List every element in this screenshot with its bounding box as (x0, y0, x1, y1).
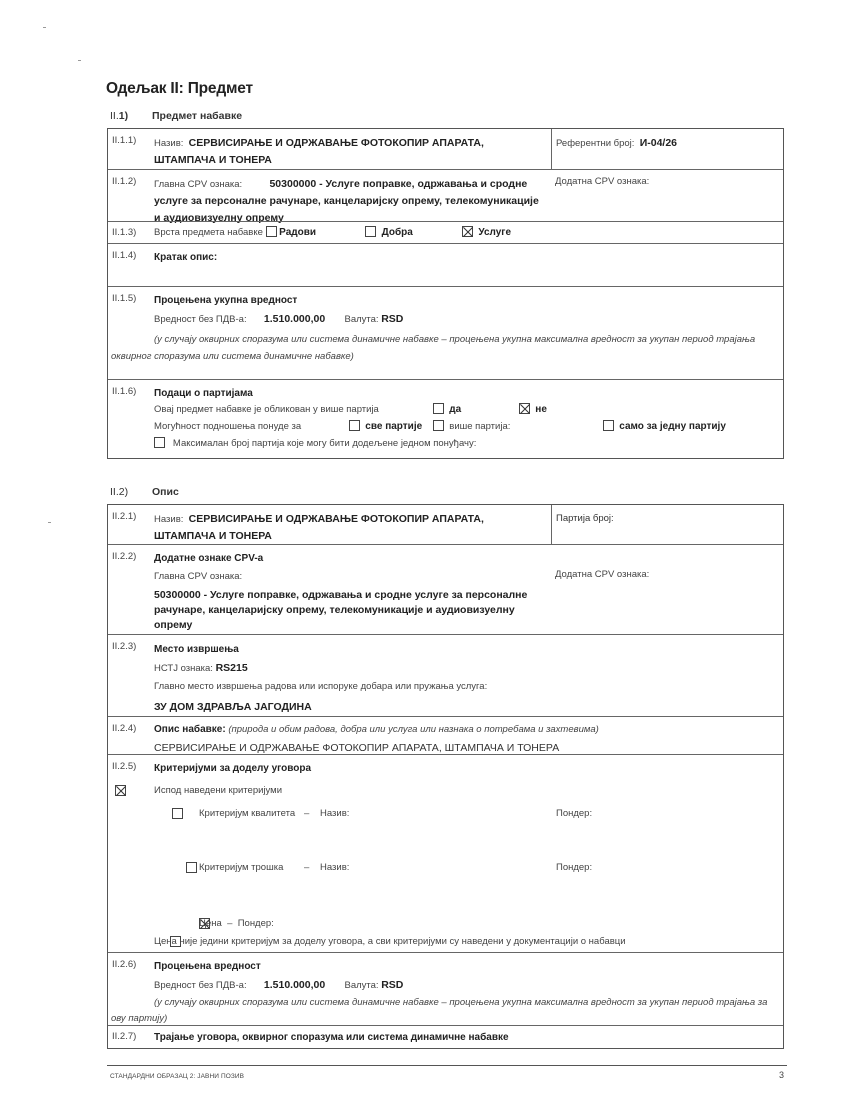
additional-cpv-title: Додатне ознаке CPV-а (154, 551, 547, 567)
footer-form-name: СТАНДАРДНИ ОБРАЗАЦ 2: ЈАВНИ ПОЗИВ (110, 1073, 244, 1080)
place-title: Место извршења (154, 641, 779, 659)
quality-criterion-checkbox[interactable] (172, 808, 183, 819)
services-checkbox[interactable] (462, 226, 473, 237)
currency-label: Валута: (344, 314, 378, 325)
services-label: Услуге (478, 227, 511, 238)
cost-name-label: Назив: (320, 862, 349, 873)
bid-options-label: Могућност подношења понуде за (154, 421, 301, 432)
lots-divided-row: Овај предмет набавке је обликован у више… (154, 402, 779, 419)
estimated-value-title: Процењена укупна вредност (154, 293, 779, 309)
lot-currency-label: Валута: (344, 980, 378, 991)
place-of-performance: Место извршења НСТЈ ознака: RS215 Главно… (154, 641, 779, 716)
all-lots-checkbox[interactable] (349, 420, 360, 431)
lots-title: Подаци о партијама (154, 386, 779, 402)
lots-yes-label: да (449, 404, 461, 415)
extra-cpv-label: Додатна CPV ознака: (555, 569, 649, 580)
lots-yes-checkbox[interactable] (433, 403, 444, 414)
duration: Трајање уговора, оквирног споразума или … (154, 1030, 779, 1046)
row-ii-1-2: II.1.2) Главна CPV ознака: 50300000 - Ус… (108, 169, 783, 221)
row-ii-2-4: II.2.4) Опис набавке: (природа и обим ра… (108, 716, 783, 754)
row-ii-2-6: II.2.6) Процењена вредност Вредност без … (108, 952, 783, 1025)
value-label: Вредност без ПДВ-а: (154, 314, 247, 325)
lot-estimated-value: Процењена вредност Вредност без ПДВ-а: 1… (154, 959, 779, 994)
lot-name-field: Назив: СЕРВИСИРАЊЕ И ОДРЖАВАЊЕ ФОТОКОПИР… (154, 511, 543, 545)
lots-no-label: не (535, 404, 547, 415)
lot-number-label: Партија број: (556, 511, 779, 527)
description-title: Опис набавке: (154, 724, 226, 735)
scan-speck (78, 60, 81, 61)
subsection-number: II.2) (110, 486, 128, 498)
subsection-header-ii2: II.2) Опис (110, 486, 410, 500)
row-number: II.1.5) (112, 293, 136, 304)
max-lots-checkbox[interactable] (154, 437, 165, 448)
scan-speck (43, 27, 46, 28)
row-ii-2-5: II.2.5) Критеријуми за доделу уговора Ис… (108, 754, 783, 952)
lot-value-amount: 1.510.000,00 (264, 979, 325, 991)
lots-divided-label: Овај предмет набавке је обликован у више… (154, 404, 379, 415)
lot-value-label: Вредност без ПДВ-а: (154, 980, 247, 991)
row-ii-1-6: II.1.6) Подаци о партијама Овај предмет … (108, 379, 783, 458)
all-lots-label: све партије (365, 421, 422, 432)
goods-checkbox[interactable] (365, 226, 376, 237)
table-subject: II.1.1) Назив: СЕРВИСИРАЊЕ И ОДРЖАВАЊЕ Ф… (107, 128, 784, 459)
row-number: II.2.7) (112, 1031, 136, 1042)
reference-cell: Референтни број: И-04/26 (551, 129, 783, 169)
lots-info: Подаци о партијама Овај предмет набавке … (154, 386, 779, 453)
page-number: 3 (779, 1070, 784, 1080)
row-number: II.1.2) (112, 176, 136, 187)
currency-value: RSD (381, 313, 403, 325)
procurement-type: Врста предмета набавке Радови Добра Услу… (154, 225, 779, 241)
row-number: II.1.3) (112, 227, 136, 238)
row-number: II.1.1) (112, 135, 136, 146)
quality-weight-label: Пондер: (556, 808, 592, 819)
name-label: Назив: (154, 138, 183, 149)
works-checkbox[interactable] (266, 226, 277, 237)
reference-field: Референтни број: И-04/26 (556, 135, 779, 152)
main-place-value: ЗУ ДОМ ЗДРАВЉА ЈАГОДИНА (154, 698, 779, 716)
lot-value-title: Процењена вредност (154, 959, 779, 975)
max-lots-label: Максималан број партија које могу бити д… (173, 438, 476, 449)
value-amount: 1.510.000,00 (264, 313, 325, 325)
footer-divider (107, 1065, 787, 1066)
award-criteria-title-wrap: Критеријуми за доделу уговора (154, 761, 779, 777)
main-cpv-value: 50300000 - Услуге поправке, одржавања и … (154, 588, 547, 633)
procurement-type-label: Врста предмета набавке (154, 227, 263, 238)
works-label: Радови (279, 227, 316, 238)
reference-value: И-04/26 (640, 137, 677, 149)
additional-cpv: Додатне ознаке CPV-а Главна CPV ознака: … (154, 551, 547, 633)
row-ii-1-4: II.1.4) Кратак опис: (108, 243, 783, 286)
row-number: II.2.6) (112, 959, 136, 970)
lot-number-cell: Партија број: (551, 505, 783, 544)
estimated-value: Процењена укупна вредност Вредност без П… (154, 293, 779, 328)
row-number: II.2.5) (112, 761, 136, 772)
description-hint: (природа и обим радова, добра или услуга… (228, 724, 599, 735)
reference-label: Референтни број: (556, 138, 634, 149)
table-description: II.2.1) Назив: СЕРВИСИРАЊЕ И ОДРЖАВАЊЕ Ф… (107, 504, 784, 1049)
price-label: Цена (199, 918, 222, 929)
procurement-description: Опис набавке: (природа и обим радова, до… (154, 721, 779, 757)
quality-name-label: Назив: (320, 808, 349, 819)
lot-currency-value: RSD (381, 979, 403, 991)
row-ii-2-7: II.2.7) Трајање уговора, оквирног спораз… (108, 1025, 783, 1048)
dash: – (227, 918, 232, 929)
cost-criterion-checkbox[interactable] (186, 862, 197, 873)
dash: – (304, 808, 309, 819)
row-ii-1-1: II.1.1) Назив: СЕРВИСИРАЊЕ И ОДРЖАВАЊЕ Ф… (108, 129, 783, 169)
row-ii-1-5: II.1.5) Процењена укупна вредност Вредно… (108, 286, 783, 379)
price-criterion: Цена – Пондер: (199, 918, 274, 929)
extra-cpv-label: Додатна CPV ознака: (555, 176, 649, 187)
subsection-header-ii1: II.1) Предмет набавке (110, 110, 410, 124)
subsection-number: II.1) (110, 110, 128, 122)
lots-no-checkbox[interactable] (519, 403, 530, 414)
subsection-label: Опис (152, 486, 179, 498)
subsection-label: Предмет набавке (152, 110, 242, 122)
lot-name-label: Назив: (154, 514, 183, 525)
cost-criterion-label: Критеријум трошка (199, 862, 283, 873)
row-number: II.2.2) (112, 551, 136, 562)
row-ii-2-1: II.2.1) Назив: СЕРВИСИРАЊЕ И ОДРЖАВАЊЕ Ф… (108, 505, 783, 544)
listed-criteria-checkbox[interactable] (115, 785, 126, 796)
max-lots-row: Максималан број партија које могу бити д… (154, 436, 779, 453)
award-criteria-title: Критеријуми за доделу уговора (154, 763, 311, 774)
name-value: СЕРВИСИРАЊЕ И ОДРЖАВАЊЕ ФОТОКОПИР АПАРАТ… (154, 137, 484, 166)
row-ii-2-3: II.2.3) Место извршења НСТЈ ознака: RS21… (108, 634, 783, 716)
main-place-label: Главно место извршења радова или испорук… (154, 678, 779, 696)
goods-label: Добра (382, 227, 413, 238)
quality-criterion-label: Критеријум квалитета (199, 808, 295, 819)
multiple-lots-label: више партија: (449, 421, 510, 432)
name-field: Назив: СЕРВИСИРАЊЕ И ОДРЖАВАЊЕ ФОТОКОПИР… (154, 135, 543, 169)
cpv-label: Главна CPV ознака: (154, 179, 242, 190)
row-number: II.1.4) (112, 250, 136, 261)
row-ii-2-2: II.2.2) Додатне ознаке CPV-а Главна CPV … (108, 544, 783, 634)
row-number: II.2.3) (112, 641, 136, 652)
scan-speck (48, 522, 51, 523)
row-number: II.1.6) (112, 386, 136, 397)
listed-criteria-label: Испод наведени критеријуми (154, 785, 282, 796)
estimated-value-note: (у случају оквирних споразума или систем… (111, 331, 775, 365)
lot-name-value: СЕРВИСИРАЊЕ И ОДРЖАВАЊЕ ФОТОКОПИР АПАРАТ… (154, 513, 484, 542)
bid-options-row: Могућност подношења понуде за све партиј… (154, 419, 779, 436)
multiple-lots-checkbox[interactable] (433, 420, 444, 431)
price-not-only-criterion-label: Цена није једини критеријум за доделу уг… (154, 936, 626, 947)
price-weight-label: Пондер: (238, 918, 274, 929)
section-title: Одељак II: Предмет (106, 80, 253, 98)
one-lot-checkbox[interactable] (603, 420, 614, 431)
cpv-field: Главна CPV ознака: 50300000 - Услуге поп… (154, 176, 547, 227)
cost-weight-label: Пондер: (556, 862, 592, 873)
short-description: Кратак опис: (154, 250, 779, 266)
dash: – (304, 862, 309, 873)
nuts-label: НСТЈ ознака: (154, 663, 213, 674)
row-ii-1-3: II.1.3) Врста предмета набавке Радови До… (108, 221, 783, 243)
main-cpv-label: Главна CPV ознака: (154, 569, 547, 585)
row-number: II.2.4) (112, 723, 136, 734)
duration-title: Трајање уговора, оквирног споразума или … (154, 1032, 509, 1043)
short-description-label: Кратак опис: (154, 252, 217, 263)
row-number: II.2.1) (112, 511, 136, 522)
one-lot-label: само за једну партију (619, 421, 726, 432)
nuts-value: RS215 (216, 662, 248, 674)
lot-value-note: (у случају оквирних споразума или систем… (111, 995, 779, 1027)
